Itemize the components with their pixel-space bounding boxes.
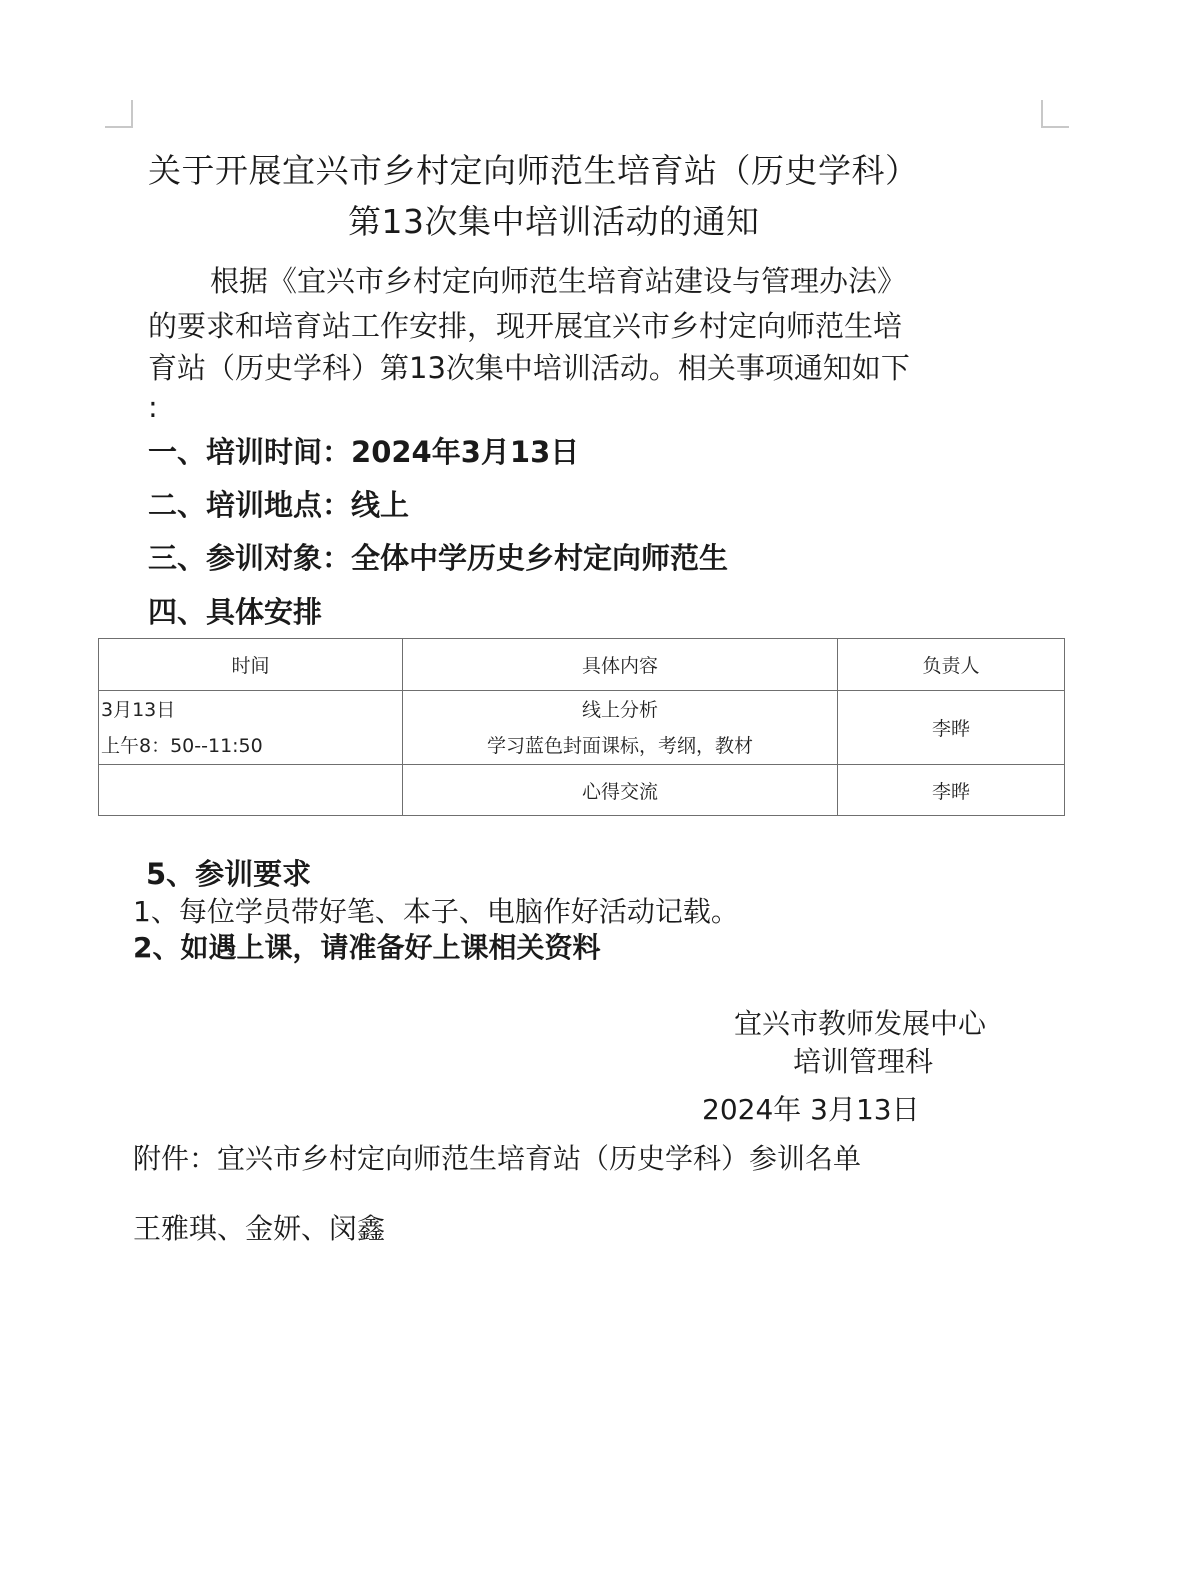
schedule-table: 时间 具体内容 负责人 3月13日 上午8：50--11:50 线上分析 学习蓝… <box>98 638 1065 816</box>
section-label: 四、具体安排 <box>148 595 322 629</box>
cell-owner: 李晔 <box>838 765 1065 816</box>
signature-date: 2024年 3月13日 <box>702 1088 920 1128</box>
section-label: 三、参训对象： <box>148 541 351 575</box>
intro-paragraph-line-4: : <box>148 390 158 424</box>
page-corner-mark-top-right <box>1041 100 1069 128</box>
intro-paragraph-line-2: 的要求和培育站工作安排，现开展宜兴市乡村定向师范生培 <box>148 304 902 345</box>
intro-paragraph-line-1: 根据《宜兴市乡村定向师范生培育站建设与管理办法》 <box>210 259 906 300</box>
cell-owner: 李晔 <box>838 691 1065 765</box>
section-label: 一、培训时间： <box>148 435 351 469</box>
table-header-row: 时间 具体内容 负责人 <box>99 639 1065 691</box>
content-line: 线上分析 <box>403 692 837 728</box>
document-title-line-1: 关于开展宜兴市乡村定向师范生培育站（历史学科） <box>148 145 919 192</box>
header-time: 时间 <box>99 639 403 691</box>
section-value: 线上 <box>351 488 409 522</box>
cell-time: 3月13日 上午8：50--11:50 <box>99 691 403 765</box>
section-training-location: 二、培训地点：线上 <box>148 483 409 524</box>
section-label: 二、培训地点： <box>148 488 351 522</box>
table-row: 心得交流 李晔 <box>99 765 1065 816</box>
cell-content: 心得交流 <box>403 765 838 816</box>
section-participants: 三、参训对象：全体中学历史乡村定向师范生 <box>148 536 728 577</box>
table-row: 3月13日 上午8：50--11:50 线上分析 学习蓝色封面课标，考纲，教材 … <box>99 691 1065 765</box>
signature-department: 培训管理科 <box>793 1040 933 1080</box>
time-date: 3月13日 <box>101 692 402 728</box>
section-value: 2024年3月13日 <box>351 435 579 469</box>
header-owner: 负责人 <box>838 639 1065 691</box>
cell-content: 线上分析 学习蓝色封面课标，考纲，教材 <box>403 691 838 765</box>
content-line: 学习蓝色封面课标，考纲，教材 <box>403 728 837 764</box>
signature-organization: 宜兴市教师发展中心 <box>734 1002 986 1042</box>
requirement-item: 1、每位学员带好笔、本子、电脑作好活动记载。 <box>133 890 739 930</box>
document-title-line-2: 第13次集中培训活动的通知 <box>348 196 760 243</box>
participant-names: 王雅琪、金妍、闵鑫 <box>133 1207 385 1247</box>
section-training-time: 一、培训时间：2024年3月13日 <box>148 430 579 471</box>
section-value: 全体中学历史乡村定向师范生 <box>351 541 728 575</box>
section-schedule: 四、具体安排 <box>148 590 322 631</box>
header-content: 具体内容 <box>403 639 838 691</box>
page-corner-mark-top-left <box>105 100 133 128</box>
intro-paragraph-line-3: 育站（历史学科）第13次集中培训活动。相关事项通知如下 <box>148 346 910 387</box>
time-range: 上午8：50--11:50 <box>101 728 402 764</box>
attachment-line: 附件：宜兴市乡村定向师范生培育站（历史学科）参训名单 <box>133 1137 861 1177</box>
cell-time <box>99 765 403 816</box>
requirements-title: 5、参训要求 <box>146 852 311 893</box>
requirement-item: 2、如遇上课，请准备好上课相关资料 <box>133 926 600 966</box>
